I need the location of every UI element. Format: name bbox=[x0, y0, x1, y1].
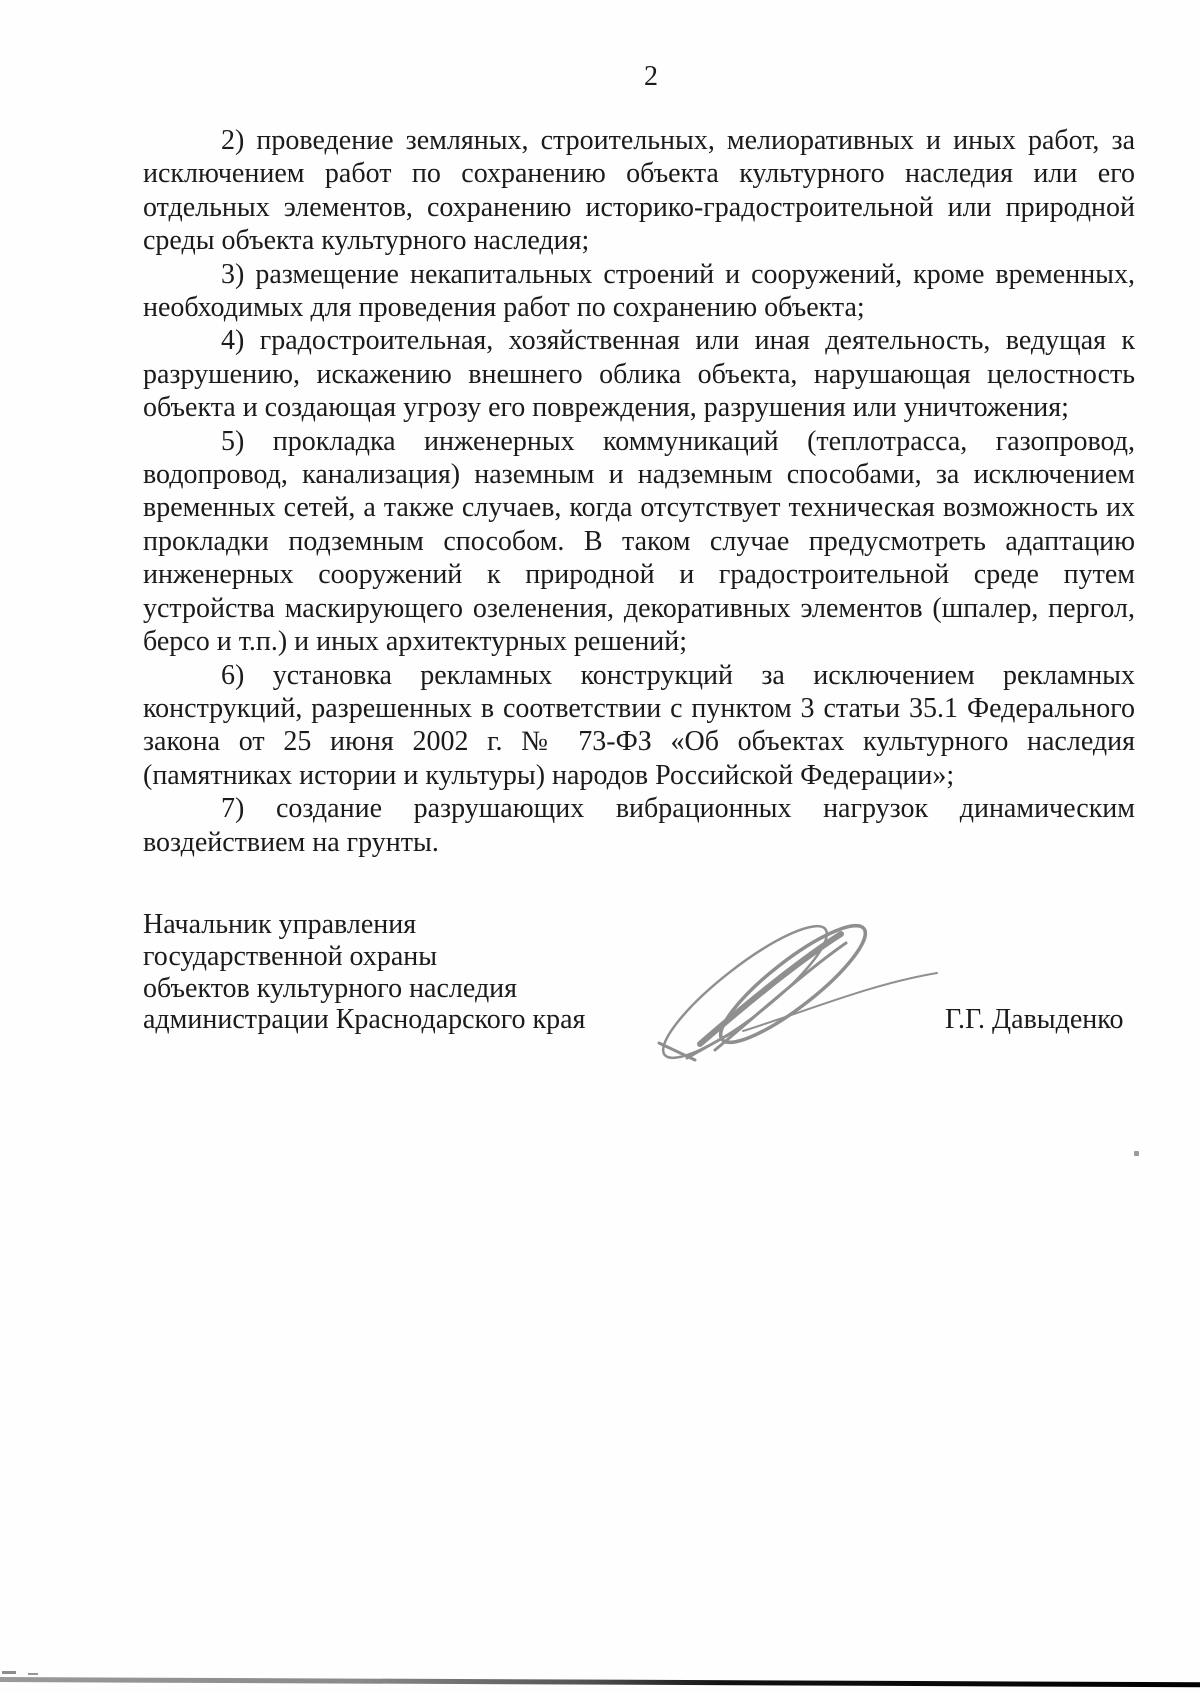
scan-artifact-speck bbox=[28, 1673, 38, 1675]
scan-artifact-speck bbox=[2, 1671, 16, 1674]
signatory-title-line: государственной охраны bbox=[143, 941, 585, 973]
document-page: 2 2) проведение земляных, строительных, … bbox=[0, 0, 1200, 1692]
paragraph-item-7: 7) создание разрушающих вибрационных наг… bbox=[143, 792, 1135, 859]
signatory-title-line: администрации Краснодарского края bbox=[143, 1004, 585, 1036]
document-body: 2) проведение земляных, строительных, ме… bbox=[143, 124, 1135, 859]
page-bottom-scan-edge bbox=[0, 1677, 1200, 1687]
signatory-title-line: объектов культурного наследия bbox=[143, 973, 585, 1005]
scan-artifact-speck bbox=[1134, 1151, 1139, 1156]
paragraph-item-4: 4) градостроительная, хозяйственная или … bbox=[143, 324, 1135, 424]
signatory-title-line: Начальник управления bbox=[143, 909, 585, 941]
paragraph-item-6: 6) установка рекламных конструкций за ис… bbox=[143, 659, 1135, 793]
paragraph-item-2: 2) проведение земляных, строительных, ме… bbox=[143, 124, 1135, 258]
paragraph-item-5: 5) прокладка инженерных коммуникаций (те… bbox=[143, 425, 1135, 659]
signatory-name: Г.Г. Давыденко bbox=[945, 1004, 1123, 1036]
handwritten-signature-icon bbox=[645, 912, 945, 1067]
signatory-title-block: Начальник управления государственной охр… bbox=[143, 909, 585, 1036]
page-number: 2 bbox=[155, 60, 1147, 93]
paragraph-item-3: 3) размещение некапитальных строений и с… bbox=[143, 258, 1135, 325]
